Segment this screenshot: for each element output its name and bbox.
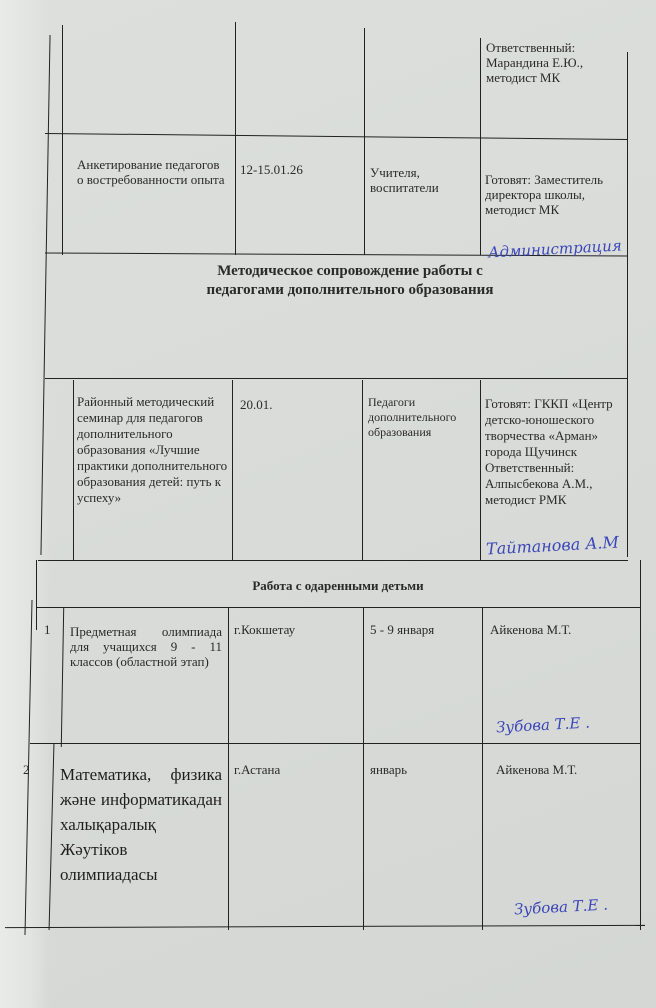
row2-event: Районный методический семинар для педаго… [77,394,232,506]
section-gifted-title: Работа с одаренными детьми [36,578,640,593]
section-methodical-line1: Методическое сопровождение работы с [140,262,560,281]
gifted-row1-place: г.Кокшетау [234,622,356,637]
row1-responsible: Готовят: Заместитель директора школы, ме… [485,172,635,217]
row2-date: 20.01. [240,397,355,412]
section-methodical-title: Методическое сопровождение работы с педа… [140,262,560,300]
row2-signature: Тайтанова А.М [486,533,620,559]
row1-signature: Администрация [488,237,622,262]
gifted-row1-date: 5 - 9 января [370,622,478,637]
gifted-row2-signature: Зубова Т.Е . [514,896,609,919]
gifted-row2-place: г.Астана [234,762,356,777]
row2-responsible: Готовят: ГККП «Центр детско-юношеского т… [485,396,625,508]
section-methodical-line2: педагогами дополнительного образования [140,281,560,300]
gifted-row1-responsible: Айкенова М.Т. [490,622,630,637]
page-fold-shadow [0,0,50,1008]
gifted-row1-signature: Зубова Т.Е . [496,714,591,737]
row1-participants: Учителя, воспитатели [370,165,475,195]
row0-responsible: Ответственный: Марандина Е.Ю., методист … [486,40,626,85]
gifted-row2-num: 2 [23,762,37,777]
row1-date: 12-15.01.26 [240,162,358,177]
row2-participants: Педагоги дополнительного образования [368,395,476,440]
gifted-row2-date: январь [370,762,478,777]
gifted-row2-event: Математика, физика және информатикадан х… [60,762,222,887]
gifted-row2-responsible: Айкенова М.Т. [496,762,636,777]
gifted-row1-num: 1 [44,622,58,637]
row1-event: Анкетирование педагогов о востребованнос… [77,157,227,187]
gifted-row1-event: Предметная олимпиада для учащихся 9 - 11… [70,624,222,669]
